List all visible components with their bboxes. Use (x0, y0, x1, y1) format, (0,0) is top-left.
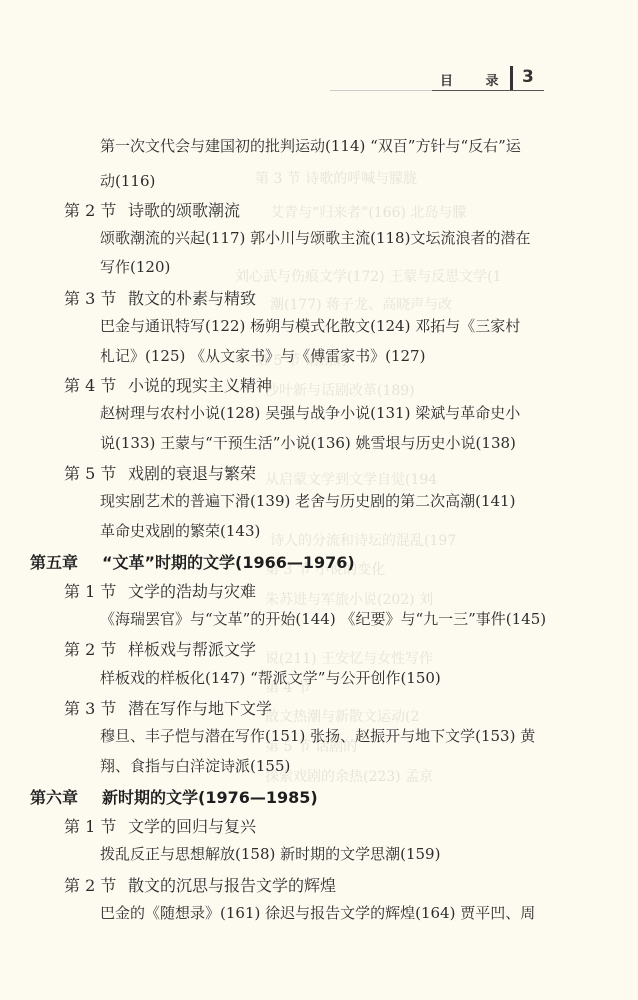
bleed-through-text: 艾青与“归来者”(166) 北岛与朦 (270, 202, 466, 222)
section-title: 潜在写作与地下文学 (128, 699, 272, 718)
chapter-number: 第五章 (30, 550, 102, 573)
chapter-title: 新时期的文学(1976—1985) (102, 788, 318, 807)
chapter-number: 第六章 (30, 785, 102, 808)
toc-entry: 札记》(125) 《从文家书》与《傅雷家书》(127) (100, 345, 425, 366)
bleed-through-text: 说(211) 王安忆与女性写作 (265, 648, 433, 668)
section-number: 第 4 节 (64, 373, 128, 396)
bleed-through-text: 第 3 节 诗歌的呼喊与朦胧 (255, 168, 417, 188)
section-title: 文学的回归与复兴 (128, 817, 256, 836)
section-number: 第 2 节 (64, 198, 128, 221)
bleed-through-text: 诗人的分流和诗坛的混乱(197 (270, 530, 456, 550)
bleed-through-text: 刘心武与伤痕文学(172) 王蒙与反思文学(1 (235, 266, 501, 286)
section-title: 散文的朴素与精致 (128, 289, 256, 308)
running-header: 目 录 3 (432, 66, 544, 91)
toc-entry: 第一次文代会与建国初的批判运动(114) “双百”方针与“反右”运 (100, 135, 521, 156)
section-title: 散文的沉思与报告文学的辉煌 (128, 876, 336, 895)
toc-entry: 拨乱反正与思想解放(158) 新时期的文学思潮(159) (100, 843, 440, 864)
toc-section-heading: 第 1 节文学的回归与复兴 (64, 814, 256, 837)
toc-entry: 《海瑞罢官》与“文革”的开始(144) 《纪要》与“九一三”事件(145) (100, 608, 546, 629)
toc-section-heading: 第 2 节散文的沉思与报告文学的辉煌 (64, 873, 336, 896)
toc-entry: 写作(120) (100, 256, 170, 277)
toc-section-heading: 第 1 节文学的浩劫与灾难 (64, 579, 256, 602)
toc-entry: 现实剧艺术的普遍下滑(139) 老舍与历史剧的第二次高潮(141) (100, 490, 515, 511)
toc-section-heading: 第 5 节戏剧的衰退与繁荣 (64, 461, 256, 484)
section-title: 诗歌的颂歌潮流 (128, 201, 240, 220)
toc-entry: 巴金与通讯特写(122) 杨朔与模式化散文(124) 邓拓与《三家村 (100, 315, 520, 336)
section-title: 样板戏与帮派文学 (128, 640, 256, 659)
bleed-through-text: 沙叶新与话剧改革(189) (265, 380, 415, 400)
toc-entry: 穆旦、丰子恺与潜在写作(151) 张扬、赵振开与地下文学(153) 黄 (100, 725, 535, 746)
toc-entry: 说(133) 王蒙与“干预生活”小说(136) 姚雪垠与历史小说(138) (100, 432, 516, 453)
section-title: 小说的现实主义精神 (128, 376, 272, 395)
toc-entry: 翔、食指与白洋淀诗派(155) (100, 755, 290, 776)
bleed-through-text: 从启蒙文学到文学自觉(194 (265, 469, 437, 489)
toc-entry: 颂歌潮流的兴起(117) 郭小川与颂歌主流(118)文坛流浪者的潜在 (100, 227, 530, 248)
toc-chapter-heading: 第六章新时期的文学(1976—1985) (30, 785, 318, 808)
toc-section-heading: 第 2 节诗歌的颂歌潮流 (64, 198, 240, 221)
bleed-through-text: 朱苏进与军旅小说(202) 刘 (265, 589, 433, 609)
section-number: 第 5 节 (64, 461, 128, 484)
toc-entry: 赵树理与农村小说(128) 吴强与战争小说(131) 梁斌与革命史小 (100, 402, 520, 423)
toc-entry: 革命史戏剧的繁荣(143) (100, 520, 260, 541)
toc-section-heading: 第 2 节样板戏与帮派文学 (64, 637, 256, 660)
page-number: 3 (522, 67, 534, 87)
toc-entry: 巴金的《随想录》(161) 徐迟与报告文学的辉煌(164) 贾平凹、周 (100, 902, 535, 923)
toc-entry: 样板戏的样板化(147) “帮派文学”与公开创作(150) (100, 667, 441, 688)
toc-entry: 动(116) (100, 170, 155, 191)
bleed-through-text: 散文热潮与新散文运动(2 (265, 706, 419, 726)
running-header-rule-left (330, 66, 432, 91)
section-number: 第 1 节 (64, 579, 128, 602)
header-title: 目 录 (440, 70, 513, 89)
section-number: 第 3 节 (64, 696, 128, 719)
header-divider (510, 66, 513, 90)
section-number: 第 2 节 (64, 873, 128, 896)
section-title: 戏剧的衰退与繁荣 (128, 464, 256, 483)
toc-chapter-heading: 第五章“文革”时期的文学(1966—1976) (30, 550, 355, 573)
section-number: 第 2 节 (64, 637, 128, 660)
bleed-through-text: 潮(177) 蒋子龙、高晓声与改 (270, 294, 452, 314)
toc-section-heading: 第 4 节小说的现实主义精神 (64, 373, 272, 396)
toc-section-heading: 第 3 节潜在写作与地下文学 (64, 696, 272, 719)
toc-section-heading: 第 3 节散文的朴素与精致 (64, 286, 256, 309)
section-title: 文学的浩劫与灾难 (128, 582, 256, 601)
section-number: 第 1 节 (64, 814, 128, 837)
chapter-title: “文革”时期的文学(1966—1976) (102, 553, 355, 572)
section-number: 第 3 节 (64, 286, 128, 309)
